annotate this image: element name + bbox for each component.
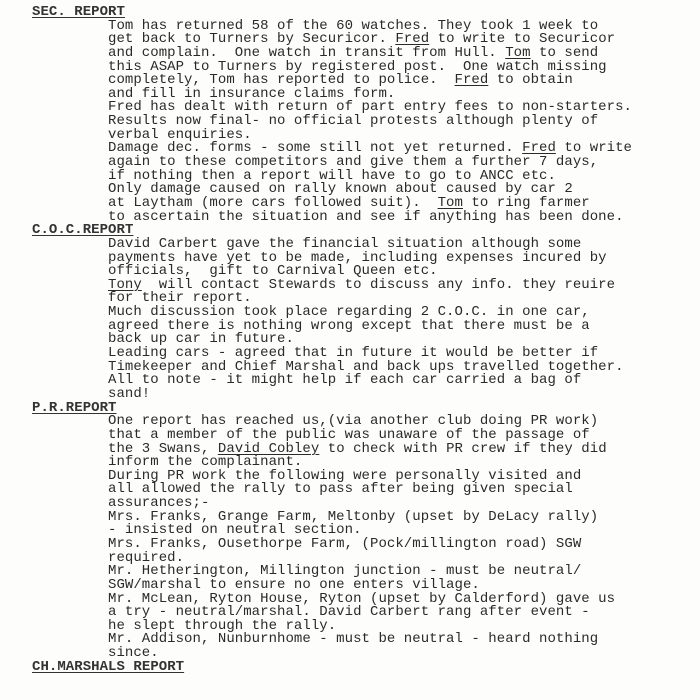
- report-section: P.R.REPORTOne report has reached us,(via…: [32, 402, 632, 661]
- text-line: All to note - it might help if each car …: [108, 374, 632, 388]
- underlined-name: Fred: [455, 72, 489, 88]
- text-line: since.: [108, 647, 632, 661]
- text-run: to ascertain the situation and see if an…: [108, 209, 624, 225]
- text-run: to obtain: [488, 72, 573, 88]
- text-run: All to note - it might help if each car …: [108, 372, 581, 388]
- section-heading: CH.MARSHALS REPORT: [32, 661, 632, 675]
- section-body: One report has reached us,(via another c…: [108, 415, 632, 661]
- report-section: SEC. REPORTTom has returned 58 of the 60…: [32, 6, 632, 224]
- text-line: Mr. Addison, Nunburnhome - must be neutr…: [108, 633, 632, 647]
- text-line: sand!: [108, 388, 632, 402]
- text-run: Mr. Addison, Nunburnhome - must be neutr…: [108, 631, 598, 647]
- section-body: David Carbert gave the financial situati…: [108, 238, 632, 402]
- text-line: Mrs. Franks, Ousethorpe Farm, (Pock/mill…: [108, 538, 632, 552]
- report-section: C.O.C.REPORTDavid Carbert gave the finan…: [32, 224, 632, 401]
- section-heading-text: CH.MARSHALS REPORT: [32, 659, 184, 675]
- section-body: Tom has returned 58 of the 60 watches. T…: [108, 20, 632, 225]
- text-line: to ascertain the situation and see if an…: [108, 211, 632, 225]
- text-run: to check with PR crew if they did: [319, 441, 606, 457]
- document-page: SEC. REPORTTom has returned 58 of the 60…: [0, 0, 700, 700]
- report-section: CH.MARSHALS REPORT: [32, 661, 632, 675]
- typewritten-minutes: SEC. REPORTTom has returned 58 of the 60…: [32, 6, 632, 674]
- section-heading-text: P.R.REPORT: [32, 400, 117, 416]
